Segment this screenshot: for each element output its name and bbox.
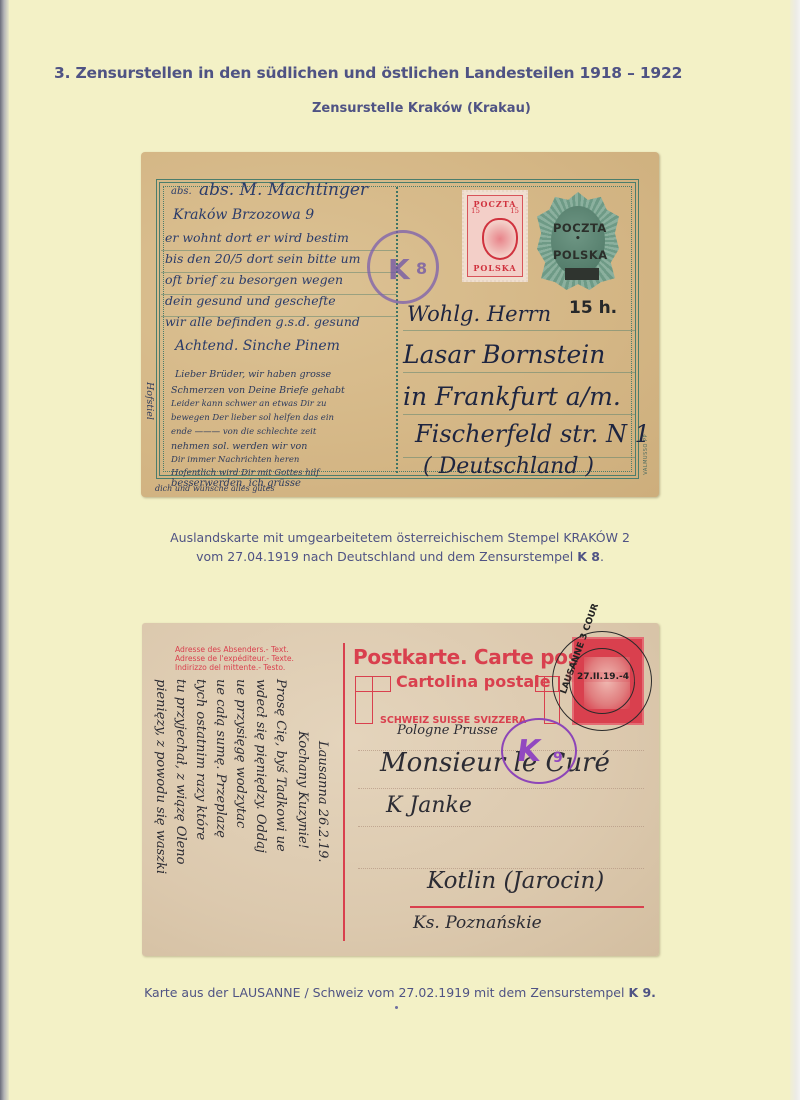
address-line: Fischerfeld str. N 1: [415, 420, 650, 448]
vertical-message-line: ue całą sumę. Przeplazę: [209, 679, 232, 838]
polish-eagle-stamp: POCZTA 15 15 POLSKA: [462, 190, 528, 282]
vertical-message-line: wdecł się pięniędzy. Oddaj: [249, 679, 272, 853]
printer-mark: VALMUSSO PP: [643, 434, 649, 475]
postcard-lausanne: Adresse des Absenders.- Text. Adresse de…: [142, 623, 659, 956]
eagle-emblem-icon: [482, 218, 518, 260]
message-line: Achtend. Sinche Pinem: [175, 338, 340, 354]
message-line: er wohnt dort er wird bestim: [165, 230, 349, 245]
section-subheading: Zensurstelle Kraków (Krakau): [312, 101, 531, 116]
vertical-message-line: Prosę Cię, byś Tadkowi ue: [269, 679, 292, 852]
message-small-line: Schmerzen von Deine Briefe gehabt: [171, 385, 345, 396]
speck: [395, 1006, 398, 1009]
message-small-line: dich und wünsche alles gütes: [155, 484, 275, 493]
address-line: K Janke: [386, 793, 472, 818]
vertical-message-line: tych ostatnim razy które: [189, 679, 212, 840]
message-small-line: Lieber Brüder, wir haben grosse: [175, 369, 331, 380]
message-line: wir alle befinden g.s.d. gesund: [165, 314, 360, 329]
vertical-message-line: pienięzy, z powodu się waszki: [149, 679, 172, 874]
margin-note: Hofstiel: [144, 382, 155, 420]
censor-stamp-k8: K 8: [367, 230, 439, 304]
sender-prefix: abs.: [171, 186, 192, 197]
sender-address: Kraków Brzozowa 9: [173, 207, 314, 223]
vertical-message-line: tu przyjechał, z wiązę Oleno: [169, 679, 192, 864]
message-line: dein gesund und geschefte: [165, 293, 336, 308]
edelweiss-ornament-icon: [355, 676, 373, 724]
sender-name: abs. M. Machtinger: [199, 180, 368, 200]
page-heading: 3. Zensurstellen in den südlichen und ös…: [54, 64, 682, 82]
message-small-line: Dir immer Nachrichten heren: [171, 455, 299, 465]
surcharge-value: 15 h.: [569, 298, 617, 318]
address-line: Kotlin (Jarocin): [427, 868, 604, 894]
vertical-message-line: Kochany Kuzynie!: [291, 731, 314, 849]
address-line: Lasar Bornstein: [403, 340, 605, 369]
address-line: in Frankfurt a/m.: [403, 382, 621, 411]
address-line: ( Deutschland ): [423, 454, 594, 479]
underline-rule: [410, 906, 644, 908]
caption-lausanne: Karte aus der LAUSANNE / Schweiz vom 27.…: [0, 983, 800, 1002]
message-line: bis den 20/5 dort sein bitte um: [165, 251, 361, 266]
censor-stamp-k9: K 9: [501, 718, 577, 784]
message-small-line: ende ——— von die schlechte zeit: [171, 427, 316, 437]
message-small-line: Hofentlich wird Dir mit Gottes hilf: [171, 468, 319, 478]
postmark-date: 27.II.19.-4: [567, 672, 639, 682]
vertical-message-line: ue przysięgę wodzytac: [229, 679, 252, 828]
address-line: Ks. Poznańskie: [413, 913, 542, 933]
postcard-krakow: abs. abs. M. Machtinger Kraków Brzozowa …: [141, 152, 659, 497]
message-small-line: bewegen Der lieber sol helfen das ein: [171, 413, 334, 423]
vertical-message-line: Lausanna 26.2.19.: [311, 741, 334, 863]
overprint-poczta: POCZTA: [553, 221, 607, 235]
overprint-polska: POLSKA: [553, 248, 608, 262]
address-line: Pologne Prusse: [397, 723, 498, 738]
card-divider: [343, 643, 345, 941]
message-line: oft brief zu besorgen wegen: [165, 272, 343, 287]
obliteration-bar: [565, 268, 599, 280]
message-small-line: nehmen sol. werden wir von: [171, 441, 307, 452]
message-small-line: Leider kann schwer an etwas Dir zu: [171, 399, 327, 409]
sender-label: Adresse des Absenders.- Text. Adresse de…: [175, 645, 294, 673]
card-title-italian: Cartolina postale: [396, 672, 551, 691]
caption-krakow: Auslandskarte mit umgearbeitetem österre…: [0, 528, 800, 566]
address-line: Wohlg. Herrn: [407, 302, 551, 326]
postmark-lausanne: LAUSANNE 3 COUR 27.II.19.-4: [552, 631, 652, 731]
